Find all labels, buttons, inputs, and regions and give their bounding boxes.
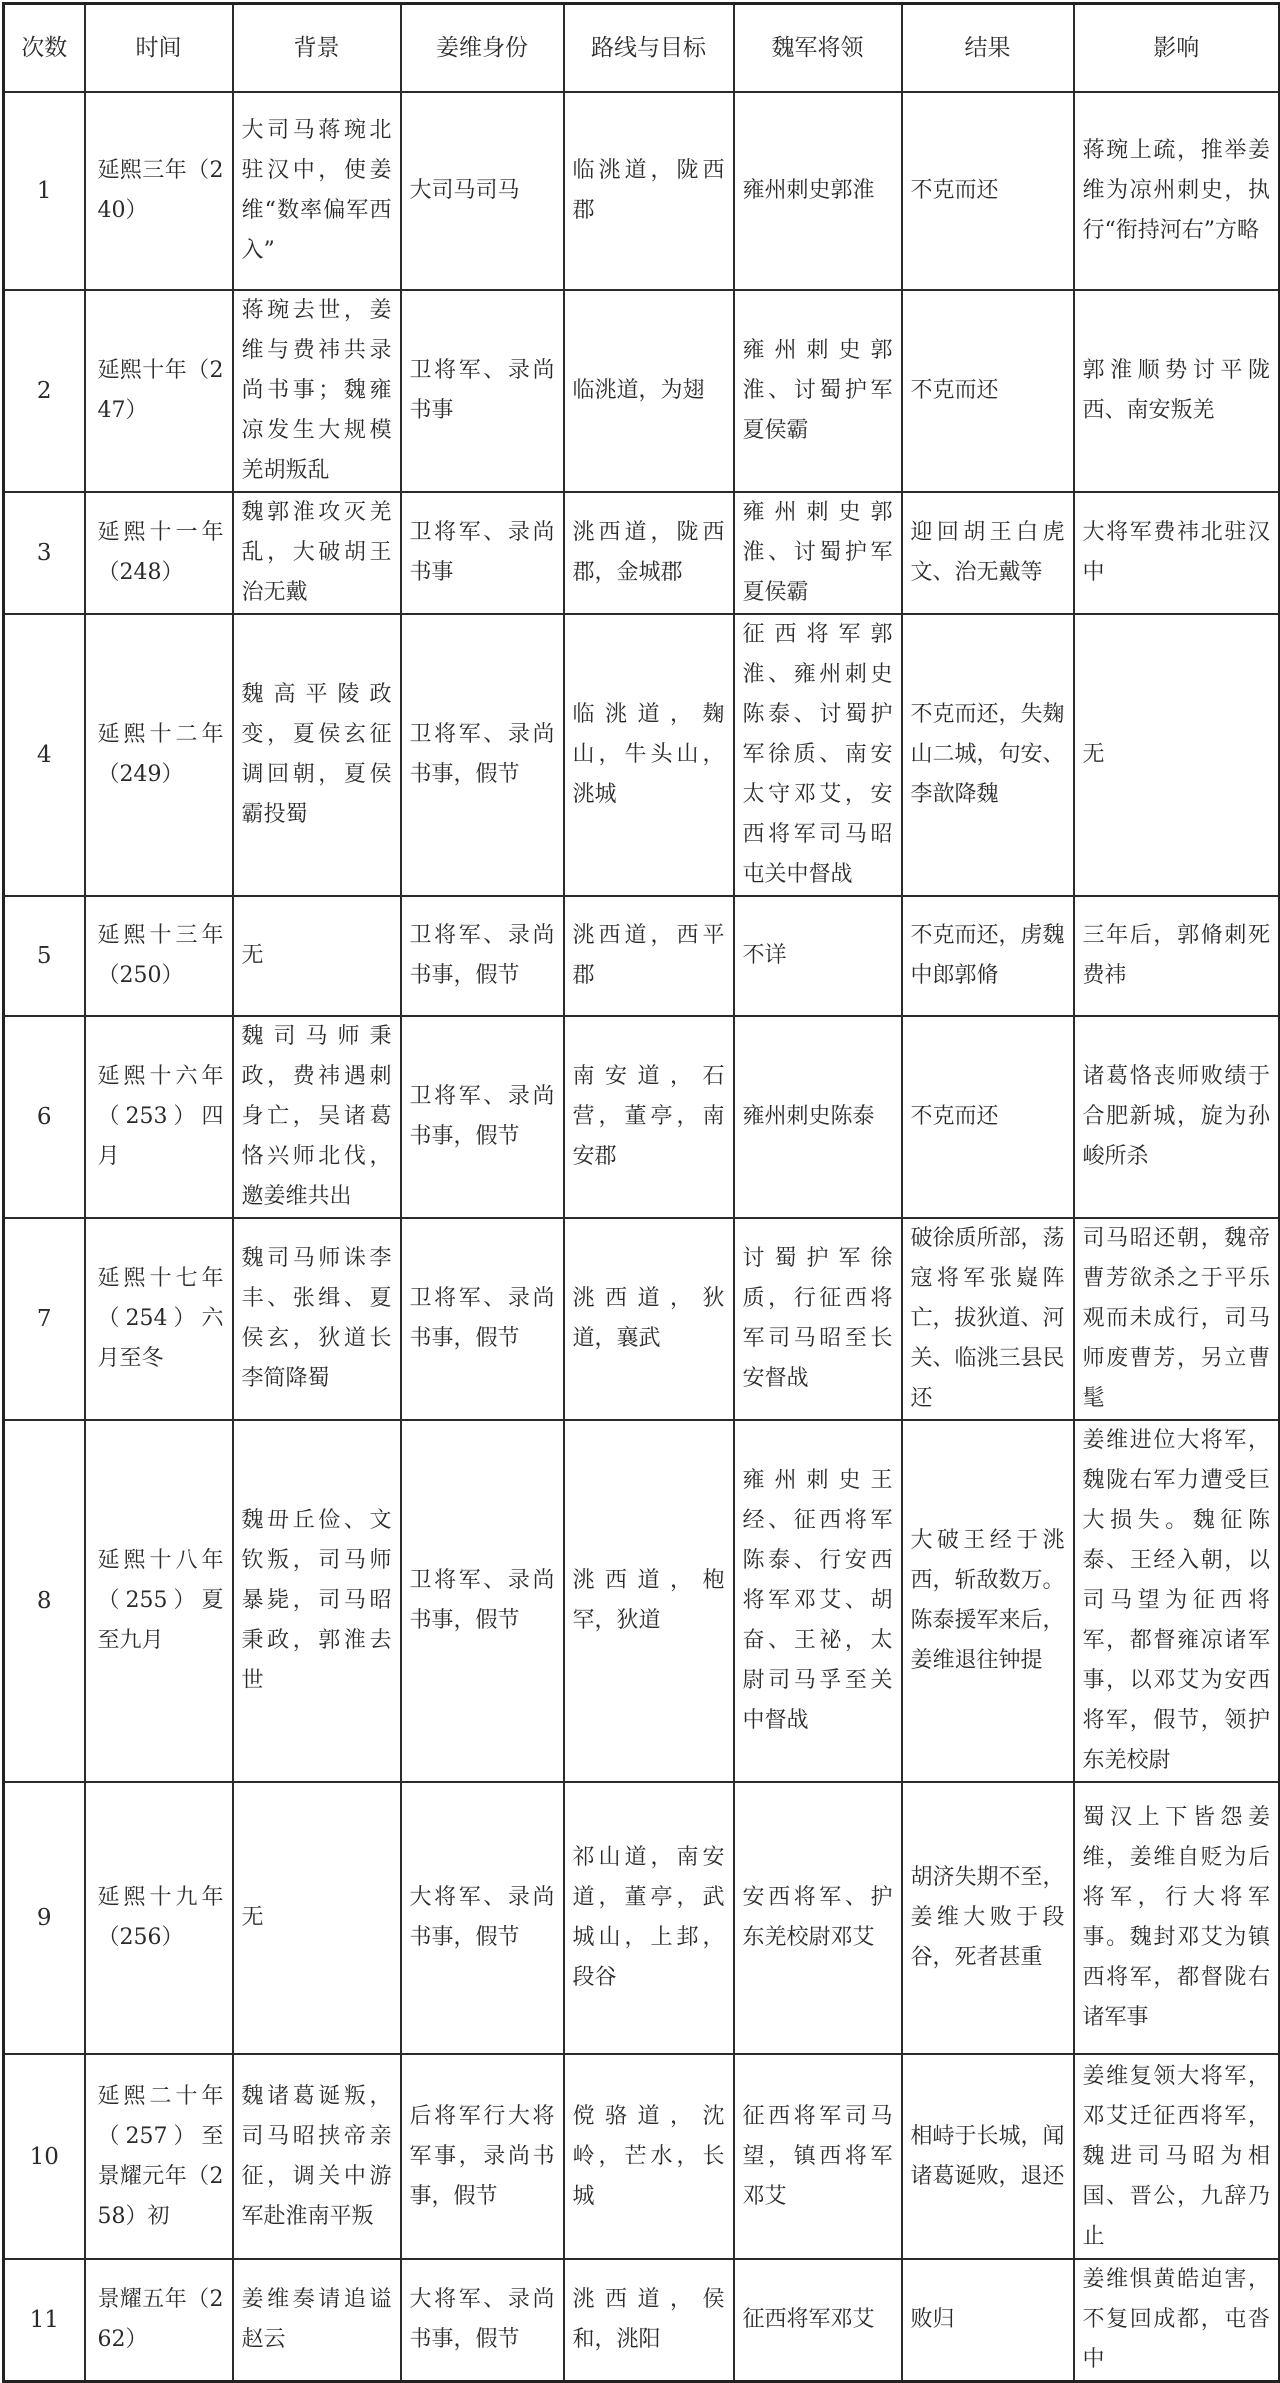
cell-wei-generals: 雍州刺史郭淮 <box>734 92 902 290</box>
cell-wei-generals: 雍州刺史郭淮、讨蜀护军夏侯霸 <box>734 290 902 492</box>
cell-identity: 卫将军、录尚书事，假节 <box>401 1016 564 1218</box>
cell-background: 魏司马师诛李丰、张缉、夏侯玄，狄道长李简降蜀 <box>233 1218 401 1420</box>
cell-background: 大司马蒋琬北驻汉中，使姜维“数率偏军西入” <box>233 92 401 290</box>
cell-wei-generals: 征西将军司马望，镇西将军邓艾 <box>734 2054 902 2259</box>
cell-route: 洮西道，陇西郡，金城郡 <box>564 492 734 614</box>
table-row: 10 延熙二十年（257）至景耀元年（258）初 魏诸葛诞叛，司马昭挟帝亲征，调… <box>4 2054 1280 2259</box>
cell-num: 1 <box>4 92 85 290</box>
header-num: 次数 <box>4 4 85 93</box>
cell-background: 蒋琬去世，姜维与费祎共录尚书事；魏雍凉发生大规模羌胡叛乱 <box>233 290 401 492</box>
cell-background: 魏诸葛诞叛，司马昭挟帝亲征，调关中游军赴淮南平叛 <box>233 2054 401 2259</box>
cell-time: 延熙十三年（250） <box>85 896 233 1016</box>
header-identity: 姜维身份 <box>401 4 564 93</box>
cell-time: 延熙十六年（253）四月 <box>85 1016 233 1218</box>
table-row: 5 延熙十三年（250） 无 卫将军、录尚书事，假节 洮西道，西平郡 不详 不克… <box>4 896 1280 1016</box>
cell-time: 延熙十七年（254）六月至冬 <box>85 1218 233 1420</box>
cell-route: 临洮道，麹山，牛头山，洮城 <box>564 614 734 896</box>
cell-result: 不克而还 <box>902 290 1074 492</box>
cell-impact: 无 <box>1074 614 1280 896</box>
cell-time: 延熙二十年（257）至景耀元年（258）初 <box>85 2054 233 2259</box>
cell-identity: 大将军、录尚书事，假节 <box>401 2259 564 2314</box>
cell-result: 破徐质所部，荡寇将军张嶷阵亡，拔狄道、河关、临洮三县民还 <box>902 1218 1074 1420</box>
table-row: 6 延熙十六年（253）四月 魏司马师秉政，费祎遇刺身亡，吴诸葛恪兴师北伐，邀姜… <box>4 1016 1280 1218</box>
header-row: 次数 时间 背景 姜维身份 路线与目标 魏军将领 结果 影响 <box>4 4 1280 93</box>
header-background: 背景 <box>233 4 401 93</box>
cell-impact: 司马昭还朝，魏帝曹芳欲杀之于平乐观而未成行，司马师废曹芳，另立曹髦 <box>1074 1218 1280 1420</box>
cell-identity: 卫将军、录尚书事，假节 <box>401 614 564 896</box>
cell-time: 延熙十一年（248） <box>85 492 233 614</box>
cell-identity: 卫将军、录尚书事，假节 <box>401 1420 564 1782</box>
cell-wei-generals: 征西将军邓艾 <box>734 2259 902 2314</box>
header-impact: 影响 <box>1074 4 1280 93</box>
cell-impact: 姜维复领大将军，邓艾迁征西将军，魏进司马昭为相国、晋公，九辞乃止 <box>1074 2054 1280 2259</box>
cell-route: 洮西道，西平郡 <box>564 896 734 1016</box>
cell-result: 不克而还，失麹山二城，句安、李歆降魏 <box>902 614 1074 896</box>
cell-result: 败归 <box>902 2259 1074 2314</box>
table-row: 11 景耀五年（262） 姜维奏请追谥赵云 大将军、录尚书事，假节 洮西道，侯和… <box>4 2259 1280 2314</box>
cell-wei-generals: 不详 <box>734 896 902 1016</box>
cell-result: 不克而还，虏魏中郎郭脩 <box>902 896 1074 1016</box>
cell-num: 5 <box>4 896 85 1016</box>
cell-identity: 卫将军、录尚书事，假节 <box>401 1218 564 1420</box>
cell-identity: 大将军、录尚书事，假节 <box>401 1782 564 2054</box>
cell-route: 祁山道，南安道，董亭，武城山，上邽，段谷 <box>564 1782 734 2054</box>
header-wei-generals: 魏军将领 <box>734 4 902 93</box>
cell-impact: 郭淮顺势讨平陇西、南安叛羌 <box>1074 290 1280 492</box>
cell-result: 迎回胡王白虎文、治无戴等 <box>902 492 1074 614</box>
table-row: 2 延熙十年（247） 蒋琬去世，姜维与费祎共录尚书事；魏雍凉发生大规模羌胡叛乱… <box>4 290 1280 492</box>
cell-impact: 姜维进位大将军，魏陇右军力遭受巨大损失。魏征陈泰、王经入朝，以司马望为征西将军，… <box>1074 1420 1280 1782</box>
cell-background: 魏毌丘俭、文钦叛，司马师暴毙，司马昭秉政，郭淮去世 <box>233 1420 401 1782</box>
cell-route: 南安道，石营，董亭，南安郡 <box>564 1016 734 1218</box>
cell-result: 大破王经于洮西，斩敌数万。陈泰援军来后，姜维退往钟提 <box>902 1420 1074 1782</box>
cell-result: 不克而还 <box>902 1016 1074 1218</box>
cell-impact: 蒋琬上疏，推举姜维为凉州刺史，执行“衔持河右”方略 <box>1074 92 1280 290</box>
cell-result: 胡济失期不至，姜维大败于段谷，死者甚重 <box>902 1782 1074 2054</box>
table-row: 9 延熙十九年（256） 无 大将军、录尚书事，假节 祁山道，南安道，董亭，武城… <box>4 1782 1280 2054</box>
header-time: 时间 <box>85 4 233 93</box>
cell-route: 傥骆道，沈岭，芒水，长城 <box>564 2054 734 2259</box>
header-result: 结果 <box>902 4 1074 93</box>
cell-time: 延熙十二年（249） <box>85 614 233 896</box>
cell-background: 魏高平陵政变，夏侯玄征调回朝，夏侯霸投蜀 <box>233 614 401 896</box>
table-row: 7 延熙十七年（254）六月至冬 魏司马师诛李丰、张缉、夏侯玄，狄道长李简降蜀 … <box>4 1218 1280 1420</box>
cell-result: 相峙于长城，闻诸葛诞败，退还 <box>902 2054 1074 2259</box>
cell-num: 3 <box>4 492 85 614</box>
cell-impact: 蜀汉上下皆怨姜维，姜维自贬为后将军，行大将军事。魏封邓艾为镇西将军，都督陇右诸军… <box>1074 1782 1280 2054</box>
cell-wei-generals: 雍州刺史陈泰 <box>734 1016 902 1218</box>
cell-num: 4 <box>4 614 85 896</box>
cell-route: 洮西道，侯和，洮阳 <box>564 2259 734 2314</box>
cell-wei-generals: 雍州刺史郭淮、讨蜀护军夏侯霸 <box>734 492 902 614</box>
cell-time: 延熙十八年（255）夏至九月 <box>85 1420 233 1782</box>
cell-impact: 三年后，郭脩刺死费祎 <box>1074 896 1280 1016</box>
cell-identity: 卫将军、录尚书事 <box>401 290 564 492</box>
cell-route: 洮西道，狄道，襄武 <box>564 1218 734 1420</box>
cell-background: 姜维奏请追谥赵云 <box>233 2259 401 2314</box>
cell-num: 2 <box>4 290 85 492</box>
cell-impact: 大将军费祎北驻汉中 <box>1074 492 1280 614</box>
cell-num: 8 <box>4 1420 85 1782</box>
cell-background: 魏司马师秉政，费祎遇刺身亡，吴诸葛恪兴师北伐，邀姜维共出 <box>233 1016 401 1218</box>
cell-wei-generals: 安西将军、护东羌校尉邓艾 <box>734 1782 902 2054</box>
cell-identity: 后将军行大将军事，录尚书事，假节 <box>401 2054 564 2259</box>
cell-route: 临洮道，陇西郡 <box>564 92 734 290</box>
cell-result: 不克而还 <box>902 92 1074 290</box>
cell-route: 临洮道，为翅 <box>564 290 734 492</box>
cell-identity: 大司马司马 <box>401 92 564 290</box>
cell-time: 延熙十九年（256） <box>85 1782 233 2054</box>
cell-num: 11 <box>4 2259 85 2314</box>
table-row: 4 延熙十二年（249） 魏高平陵政变，夏侯玄征调回朝，夏侯霸投蜀 卫将军、录尚… <box>4 614 1280 896</box>
cell-wei-generals: 征西将军郭淮、雍州刺史陈泰、讨蜀护军徐质、南安太守邓艾，安西将军司马昭屯关中督战 <box>734 614 902 896</box>
cell-background: 无 <box>233 1782 401 2054</box>
cell-background: 魏郭淮攻灭羌乱，大破胡王治无戴 <box>233 492 401 614</box>
cell-identity: 卫将军、录尚书事，假节 <box>401 896 564 1016</box>
table-row: 8 延熙十八年（255）夏至九月 魏毌丘俭、文钦叛，司马师暴毙，司马昭秉政，郭淮… <box>4 1420 1280 1782</box>
cell-wei-generals: 雍州刺史王经、征西将军陈泰、行安西将军邓艾、胡奋、王祕，太尉司马孚至关中督战 <box>734 1420 902 1782</box>
cell-route: 洮西道，枹罕，狄道 <box>564 1420 734 1782</box>
header-route: 路线与目标 <box>564 4 734 93</box>
cell-num: 6 <box>4 1016 85 1218</box>
cell-num: 10 <box>4 2054 85 2259</box>
cell-identity: 卫将军、录尚书事 <box>401 492 564 614</box>
northern-expeditions-table: 次数 时间 背景 姜维身份 路线与目标 魏军将领 结果 影响 1 延熙三年（24… <box>2 2 1280 2314</box>
cell-time: 延熙三年（240） <box>85 92 233 290</box>
cell-num: 9 <box>4 1782 85 2054</box>
cell-background: 无 <box>233 896 401 1016</box>
table-row: 3 延熙十一年（248） 魏郭淮攻灭羌乱，大破胡王治无戴 卫将军、录尚书事 洮西… <box>4 492 1280 614</box>
cell-wei-generals: 讨蜀护军徐质，行征西将军司马昭至长安督战 <box>734 1218 902 1420</box>
cell-impact: 姜维惧黄皓迫害，不复回成都，屯沓中 <box>1074 2259 1280 2314</box>
cell-time: 延熙十年（247） <box>85 290 233 492</box>
cell-time: 景耀五年（262） <box>85 2259 233 2314</box>
cell-impact: 诸葛恪丧师败绩于合肥新城，旋为孙峻所杀 <box>1074 1016 1280 1218</box>
table-row: 1 延熙三年（240） 大司马蒋琬北驻汉中，使姜维“数率偏军西入” 大司马司马 … <box>4 92 1280 290</box>
cell-num: 7 <box>4 1218 85 1420</box>
